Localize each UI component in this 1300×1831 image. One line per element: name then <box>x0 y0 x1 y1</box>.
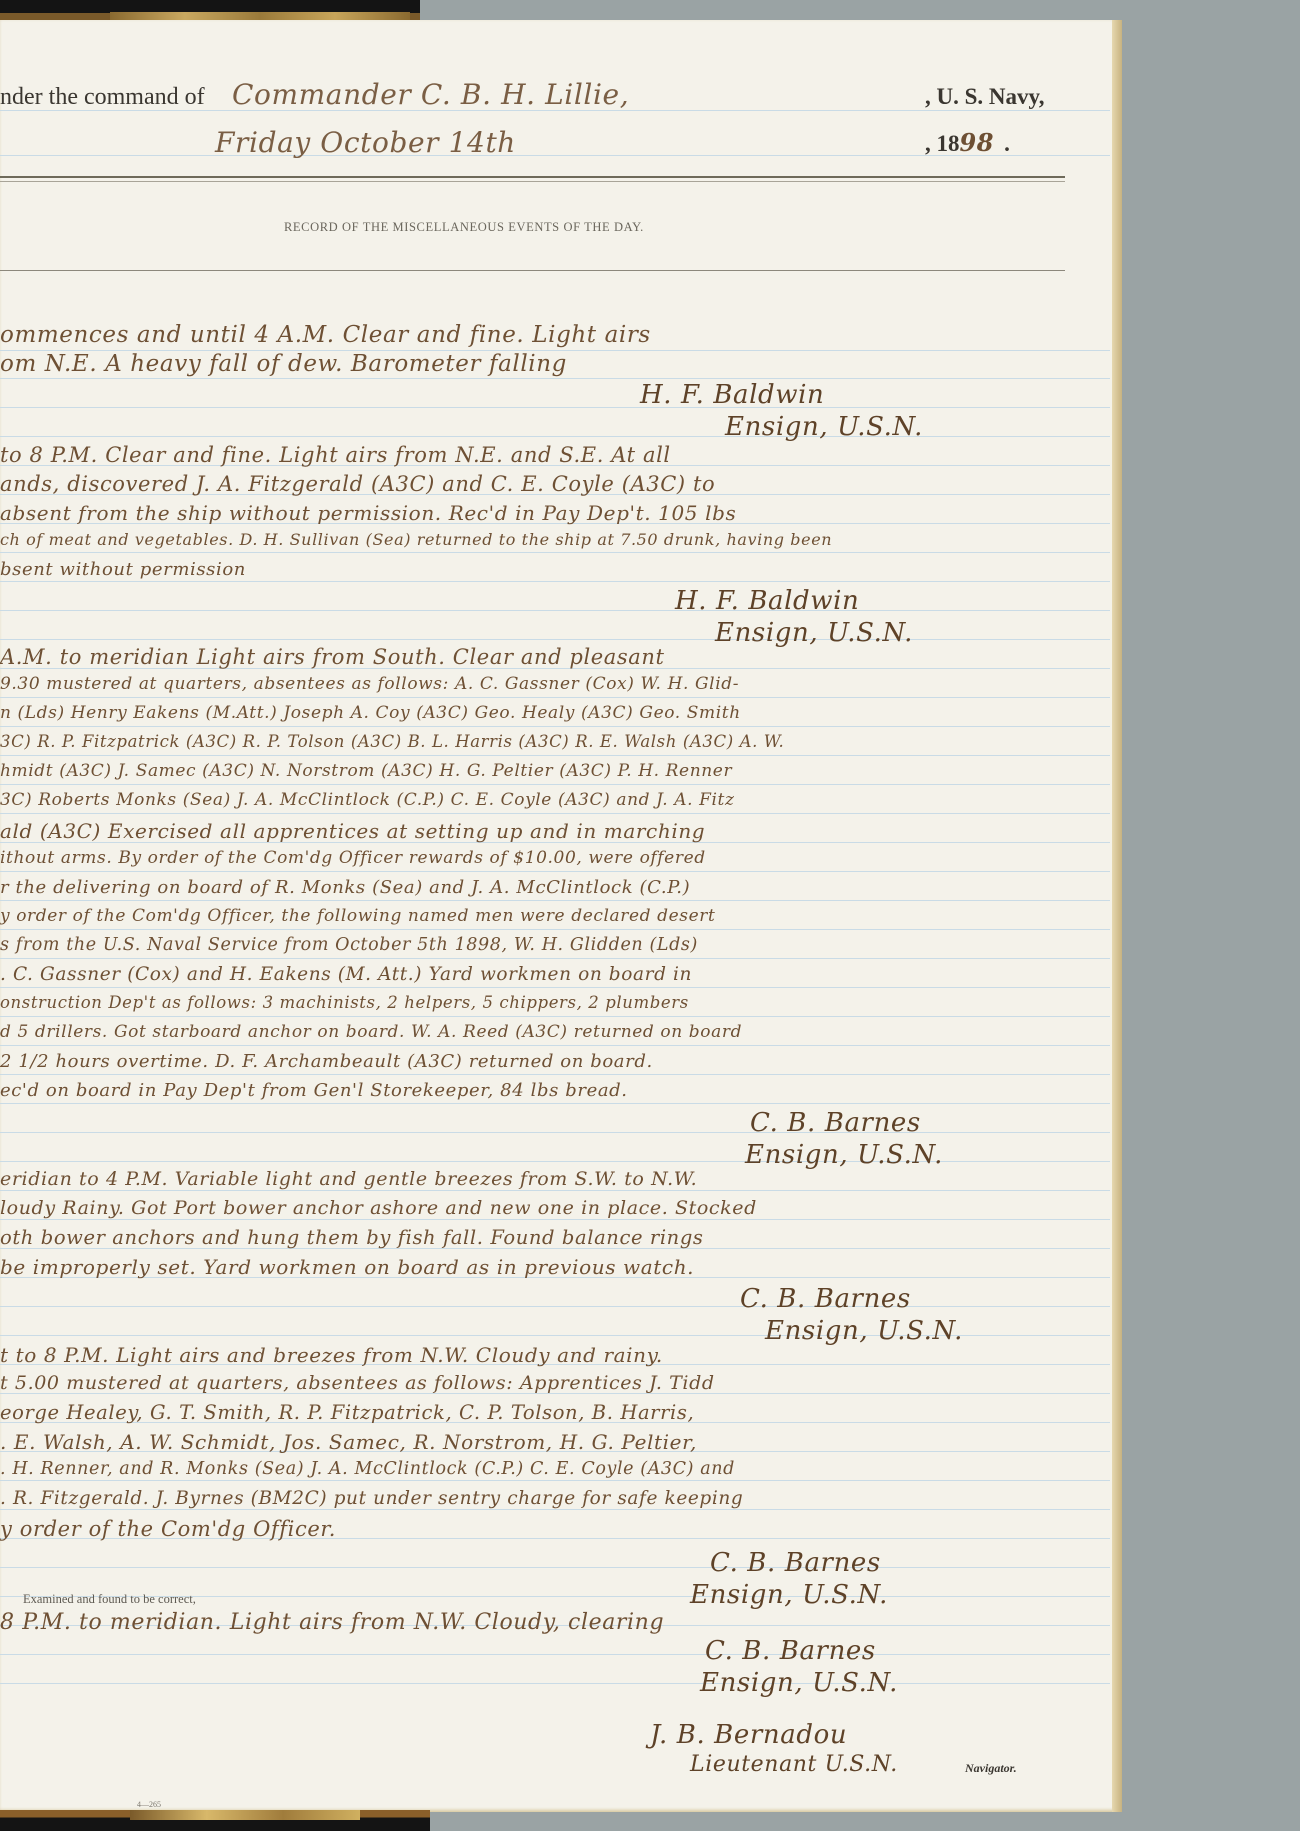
page-edge <box>1112 20 1122 1812</box>
watch-5-line-5: . H. Renner, and R. Monks (Sea) J. A. Mc… <box>0 1459 735 1479</box>
ruling-line <box>0 987 1110 988</box>
ruling-line <box>0 552 1110 553</box>
watch-3-rank: Ensign, U.S.N. <box>745 1140 943 1170</box>
ruling-line <box>0 1683 1110 1684</box>
ruling-line <box>0 784 1110 785</box>
watch-5-line-4: . E. Walsh, A. W. Schmidt, Jos. Samec, R… <box>0 1430 697 1454</box>
watch-4-line-1: eridian to 4 P.M. Variable light and gen… <box>0 1168 697 1190</box>
ruling-line <box>0 378 1110 379</box>
ruling-line <box>0 1509 1110 1510</box>
watch-3-line-10: y order of the Com'dg Officer, the follo… <box>0 906 715 926</box>
book-binding-bottom <box>0 1810 430 1831</box>
ruling-line <box>0 900 1110 901</box>
ruling-line <box>0 1219 1110 1220</box>
watch-3-line-14: d 5 drillers. Got starboard anchor on bo… <box>0 1022 742 1042</box>
watch-5-rank: Ensign, U.S.N. <box>690 1580 888 1610</box>
watch-2-line-1: to 8 P.M. Clear and fine. Light airs fro… <box>0 443 671 467</box>
watch-6-rank: Ensign, U.S.N. <box>700 1668 898 1698</box>
watch-3-line-9: r the delivering on board of R. Monks (S… <box>0 877 690 898</box>
watch-3-line-15: 2 1/2 hours overtime. D. F. Archambeault… <box>0 1051 653 1072</box>
watch-4-line-3: oth bower anchors and hung them by fish … <box>0 1226 704 1249</box>
watch-4-line-4: be improperly set. Yard workmen on board… <box>0 1255 694 1279</box>
watch-5-line-1: t to 8 P.M. Light airs and breezes from … <box>0 1343 663 1367</box>
watch-3-line-16: ec'd on board in Pay Dep't from Gen'l St… <box>0 1080 628 1101</box>
ruling-line <box>0 1654 1110 1655</box>
watch-3-line-13: onstruction Dep't as follows: 3 machinis… <box>0 993 689 1012</box>
ruling-line <box>0 1103 1110 1104</box>
watch-4-signature: C. B. Barnes <box>740 1284 911 1314</box>
watch-1-signature: H. F. Baldwin <box>640 380 824 410</box>
watch-3-line-4: 3C) R. P. Fitzpatrick (A3C) R. P. Tolson… <box>0 732 784 751</box>
ruling-line <box>0 1480 1110 1481</box>
ruling-line <box>0 929 1110 930</box>
ruling-line <box>0 1045 1110 1046</box>
year-prefix: , 18 <box>925 131 960 156</box>
ruling-line <box>0 436 1110 437</box>
watch-1-line-2: om N.E. A heavy fall of dew. Barometer f… <box>0 351 567 377</box>
watch-2-signature: H. F. Baldwin <box>675 586 859 616</box>
ruling-line <box>0 813 1110 814</box>
date-handwritten: Friday October 14th <box>215 126 516 159</box>
ruling-line <box>0 1567 1110 1568</box>
year-suffix: . <box>1004 131 1010 156</box>
watch-3-line-11: s from the U.S. Naval Service from Octob… <box>0 935 698 955</box>
watch-2-line-2: ands, discovered J. A. Fitzgerald (A3C) … <box>0 472 715 496</box>
ruling-line <box>0 1074 1110 1075</box>
navigator-label: Navigator. <box>965 1761 1017 1776</box>
ruling-line <box>0 958 1110 959</box>
year-handwritten: 98 <box>960 128 995 157</box>
watch-2-line-3: absent from the ship without permission.… <box>0 501 736 525</box>
watch-3-line-6: 3C) Roberts Monks (Sea) J. A. McClintloc… <box>0 790 735 810</box>
watch-2-rank: Ensign, U.S.N. <box>715 618 913 648</box>
navigator-signature: J. B. Bernadou <box>650 1720 847 1750</box>
command-label: nder the command of <box>0 84 205 111</box>
watch-5-line-3: eorge Healey, G. T. Smith, R. P. Fitzpat… <box>0 1401 694 1424</box>
ruling-line <box>0 1016 1110 1017</box>
watch-1-rank: Ensign, U.S.N. <box>725 412 923 442</box>
watch-6-line-1: 8 P.M. to meridian. Light airs from N.W.… <box>0 1610 664 1635</box>
ruling-line <box>0 1306 1110 1307</box>
section-title: RECORD OF THE MISCELLANEOUS EVENTS OF TH… <box>284 220 644 235</box>
watch-3-signature: C. B. Barnes <box>750 1108 921 1138</box>
ruling-line <box>0 1161 1110 1162</box>
navigator-rank: Lieutenant U.S.N. <box>690 1752 898 1777</box>
examined-label: Examined and found to be correct, <box>23 1592 196 1607</box>
form-number: 4—265 <box>137 1800 161 1809</box>
watch-1-line-1: ommences and until 4 A.M. Clear and fine… <box>0 322 651 348</box>
watch-3-line-12: . C. Gassner (Cox) and H. Eakens (M. Att… <box>0 964 692 985</box>
watch-3-line-8: ithout arms. By order of the Com'dg Offi… <box>0 848 706 868</box>
watch-4-rank: Ensign, U.S.N. <box>765 1316 963 1346</box>
ruling-line <box>0 871 1110 872</box>
watch-3-line-5: hmidt (A3C) J. Samec (A3C) N. Norstrom (… <box>0 761 732 781</box>
service-label: , U. S. Navy, <box>925 84 1045 110</box>
ruling-line <box>0 755 1110 756</box>
watch-3-line-7: ald (A3C) Exercised all apprentices at s… <box>0 819 705 843</box>
book-binding-top <box>0 0 420 22</box>
watch-3-line-2: 9.30 mustered at quarters, absentees as … <box>0 674 739 694</box>
watch-3-line-3: n (Lds) Henry Eakens (M.Att.) Joseph A. … <box>0 703 741 723</box>
ruling-line <box>0 581 1110 582</box>
watch-5-line-2: t 5.00 mustered at quarters, absentees a… <box>0 1372 715 1394</box>
ruling-line <box>0 726 1110 727</box>
watch-2-line-4: ch of meat and vegetables. D. H. Sulliva… <box>0 530 832 549</box>
commander-name: Commander C. B. H. Lillie, <box>232 78 629 111</box>
ruling-line <box>0 610 1110 611</box>
section-divider <box>0 270 1065 271</box>
ruling-line <box>0 639 1110 640</box>
watch-5-line-6: . R. Fitzgerald. J. Byrnes (BM2C) put un… <box>0 1488 743 1509</box>
watch-6-signature: C. B. Barnes <box>705 1636 876 1666</box>
watch-4-line-2: loudy Rainy. Got Port bower anchor ashor… <box>0 1197 757 1219</box>
watch-5-line-7: y order of the Com'dg Officer. <box>0 1517 336 1541</box>
ruling-line <box>0 697 1110 698</box>
logbook-page: nder the command of Commander C. B. H. L… <box>0 20 1120 1812</box>
header-divider-thin <box>0 181 1065 182</box>
watch-2-line-5: bsent without permission <box>0 559 246 580</box>
watch-3-line-1: A.M. to meridian Light airs from South. … <box>0 645 665 669</box>
watch-5-signature: C. B. Barnes <box>710 1548 881 1578</box>
ruling-line <box>0 407 1110 408</box>
ruling-line <box>0 1190 1110 1191</box>
ruling-line <box>0 1132 1110 1133</box>
header-divider <box>0 176 1065 178</box>
